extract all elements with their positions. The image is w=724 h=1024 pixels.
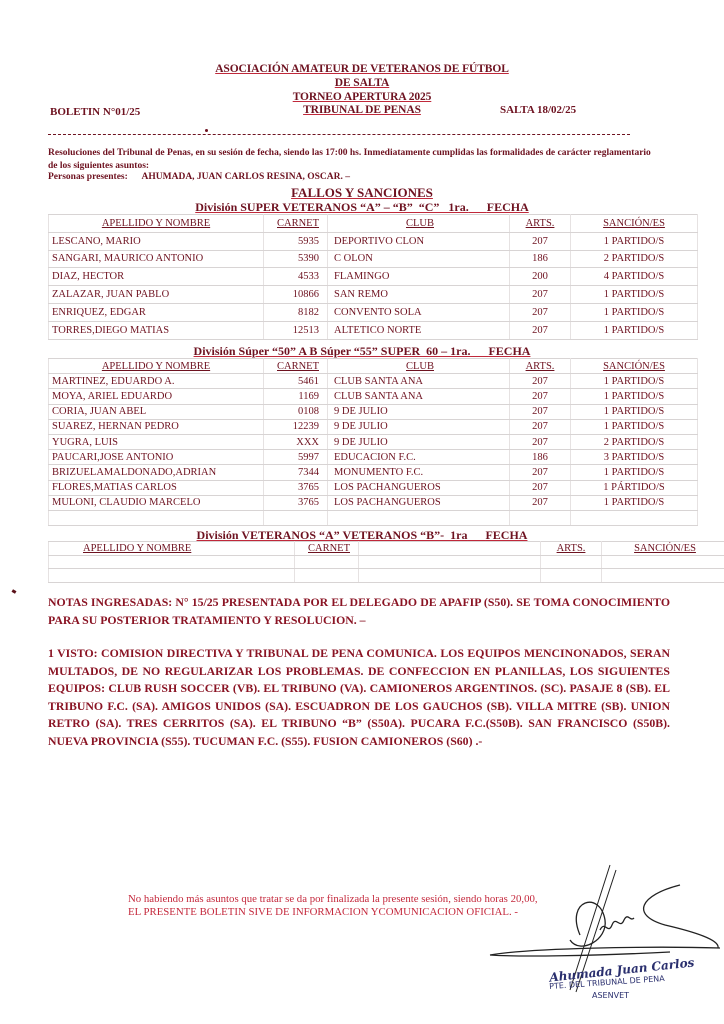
closing-line-2: EL PRESENTE BOLETIN SIVE DE INFORMACION … xyxy=(128,906,518,918)
division-2-title: División Súper “50” A B Súper “55” SUPER… xyxy=(0,344,724,359)
sanction-cell: 4 PARTIDO/S xyxy=(571,268,698,286)
sanctions-title: FALLOS Y SANCIONES xyxy=(0,185,724,201)
sanction-cell: 2 PARTIDO/S xyxy=(571,250,698,268)
name-cell: CORIA, JUAN ABEL xyxy=(49,404,264,419)
table-header-row: APELLIDO Y NOMBRECARNETCLUBARTS.SANCIÓN/… xyxy=(49,215,698,233)
table-row: ZALAZAR, JUAN PABLO10866SAN REMO2071 PAR… xyxy=(49,286,698,304)
column-header-arts: ARTS. xyxy=(541,542,602,556)
arts-cell xyxy=(541,555,602,569)
carnet-cell: 0108 xyxy=(264,404,328,419)
carnet-cell: 5461 xyxy=(264,374,328,389)
association-title: ASOCIACIÓN AMATEUR DE VETERANOS DE FÚTBO… xyxy=(0,63,724,75)
signature-org: ASENVET xyxy=(592,991,629,1000)
name-cell: ENRIQUEZ, EDGAR xyxy=(49,303,264,321)
club-cell: C OLON xyxy=(328,250,510,268)
association-subtitle: DE SALTA xyxy=(0,77,724,89)
arts-cell: 207 xyxy=(510,232,571,250)
resolution-text: Resoluciones del Tribunal de Penas, en s… xyxy=(48,147,658,172)
sanction-cell: 1 PARTIDO/S xyxy=(571,495,698,510)
club-cell: 9 DE JULIO xyxy=(328,404,510,419)
carnet-cell: 8182 xyxy=(264,303,328,321)
name-cell: SUAREZ, HERNAN PEDRO xyxy=(49,419,264,434)
arts-cell: 207 xyxy=(510,321,571,339)
name-cell: FLORES,MATIAS CARLOS xyxy=(49,480,264,495)
arts-cell: 186 xyxy=(510,250,571,268)
sanction-cell: 1 PARTIDO/S xyxy=(571,321,698,339)
club-cell: CONVENTO SOLA xyxy=(328,303,510,321)
carnet-cell: XXX xyxy=(264,434,328,449)
table-row: LESCANO, MARIO5935DEPORTIVO CLON2071 PAR… xyxy=(49,232,698,250)
arts-cell: 207 xyxy=(510,389,571,404)
sanction-cell xyxy=(571,510,698,525)
table-row: YUGRA, LUISXXX9 DE JULIO2072 PARTIDO/S xyxy=(49,434,698,449)
carnet-cell: 1169 xyxy=(264,389,328,404)
table-row: BRIZUELAMALDONADO,ADRIAN7344MONUMENTO F.… xyxy=(49,465,698,480)
arts-cell xyxy=(541,569,602,583)
club-cell: ALTETICO NORTE xyxy=(328,321,510,339)
table-row: CORIA, JUAN ABEL01089 DE JULIO2071 PARTI… xyxy=(49,404,698,419)
carnet-cell: 5390 xyxy=(264,250,328,268)
name-cell: LESCANO, MARIO xyxy=(49,232,264,250)
column-header-arts: ARTS. xyxy=(510,215,571,233)
persons-label: Personas presentes: xyxy=(48,172,128,182)
arts-cell: 207 xyxy=(510,419,571,434)
column-header-club: CLUB xyxy=(328,359,510,374)
club-cell: 9 DE JULIO xyxy=(328,419,510,434)
place-date: SALTA 18/02/25 xyxy=(500,104,576,116)
table-row: MOYA, ARIEL EDUARDO1169CLUB SANTA ANA207… xyxy=(49,389,698,404)
table-row: MARTINEZ, EDUARDO A.5461CLUB SANTA ANA20… xyxy=(49,374,698,389)
sanction-cell: 1 PARTIDO/S xyxy=(571,419,698,434)
arts-cell: 207 xyxy=(510,495,571,510)
table-row xyxy=(49,569,724,583)
sanction-cell: 1 PARTIDO/S xyxy=(571,465,698,480)
column-header-arts: ARTS. xyxy=(510,359,571,374)
name-cell: BRIZUELAMALDONADO,ADRIAN xyxy=(49,465,264,480)
column-header-name: APELLIDO Y NOMBRE xyxy=(49,215,264,233)
sanction-cell: 1 PARTIDO/S xyxy=(571,232,698,250)
carnet-cell: 7344 xyxy=(264,465,328,480)
carnet-cell: 10866 xyxy=(264,286,328,304)
club-cell: SAN REMO xyxy=(328,286,510,304)
sanction-cell: 1 PARTIDO/S xyxy=(571,286,698,304)
table-row: ENRIQUEZ, EDGAR8182CONVENTO SOLA2071 PAR… xyxy=(49,303,698,321)
visto-notice: 1 VISTO: COMISION DIRECTIVA Y TRIBUNAL D… xyxy=(48,645,670,750)
carnet-cell xyxy=(264,510,328,525)
sanction-cell: 2 PARTIDO/S xyxy=(571,434,698,449)
table-row: MULONI, CLAUDIO MARCELO3765LOS PACHANGUE… xyxy=(49,495,698,510)
club-cell: FLAMINGO xyxy=(328,268,510,286)
arts-cell: 207 xyxy=(510,303,571,321)
sanction-cell: 1 PÁRTIDO/S xyxy=(571,480,698,495)
club-cell xyxy=(328,510,510,525)
club-cell: EDUCACION F.C. xyxy=(328,450,510,465)
scan-speck xyxy=(12,589,17,594)
arts-cell xyxy=(510,510,571,525)
club-cell: CLUB SANTA ANA xyxy=(328,389,510,404)
arts-cell: 207 xyxy=(510,404,571,419)
club-cell: MONUMENTO F.C. xyxy=(328,465,510,480)
name-cell xyxy=(49,569,295,583)
name-cell xyxy=(49,555,295,569)
sanction-cell: 1 PARTIDO/S xyxy=(571,404,698,419)
carnet-cell: 3765 xyxy=(264,495,328,510)
sanction-cell: 3 PARTIDO/S xyxy=(571,450,698,465)
column-header-name: APELLIDO Y NOMBRE xyxy=(49,359,264,374)
table-row: PAUCARI,JOSE ANTONIO5997EDUCACION F.C.18… xyxy=(49,450,698,465)
column-header-carnet: CARNET xyxy=(295,542,359,556)
sanction-cell xyxy=(602,569,724,583)
division-3-table: APELLIDO Y NOMBRECARNETARTS.SANCIÓN/ES xyxy=(48,541,724,583)
divider-line xyxy=(48,134,630,135)
carnet-cell: 12513 xyxy=(264,321,328,339)
carnet-cell: 5935 xyxy=(264,232,328,250)
name-cell: SANGARI, MAURICO ANTONIO xyxy=(49,250,264,268)
division-2-table: APELLIDO Y NOMBRECARNETCLUBARTS.SANCIÓN/… xyxy=(48,358,698,526)
club-cell: CLUB SANTA ANA xyxy=(328,374,510,389)
carnet-cell xyxy=(295,555,359,569)
column-header-club: CLUB xyxy=(328,215,510,233)
sanction-cell: 1 PARTIDO/S xyxy=(571,389,698,404)
carnet-cell xyxy=(295,569,359,583)
club-cell: 9 DE JULIO xyxy=(328,434,510,449)
name-cell xyxy=(49,510,264,525)
name-cell: ZALAZAR, JUAN PABLO xyxy=(49,286,264,304)
sanction-cell: 1 PARTIDO/S xyxy=(571,303,698,321)
club-cell xyxy=(359,569,541,583)
tournament-title: TORNEO APERTURA 2025 xyxy=(0,91,724,103)
club-cell xyxy=(359,555,541,569)
table-row xyxy=(49,510,698,525)
table-row: SUAREZ, HERNAN PEDRO122399 DE JULIO2071 … xyxy=(49,419,698,434)
column-header-name: APELLIDO Y NOMBRE xyxy=(49,542,295,556)
carnet-cell: 4533 xyxy=(264,268,328,286)
sanction-cell xyxy=(602,555,724,569)
sanction-cell: 1 PARTIDO/S xyxy=(571,374,698,389)
name-cell: YUGRA, LUIS xyxy=(49,434,264,449)
arts-cell: 200 xyxy=(510,268,571,286)
column-header-sanction: SANCIÓN/ES xyxy=(571,215,698,233)
division-1-title: División SUPER VETERANOS “A” – “B” “C” 1… xyxy=(0,200,724,215)
name-cell: MARTINEZ, EDUARDO A. xyxy=(49,374,264,389)
bulletin-number: BOLETIN N°01/25 xyxy=(50,106,140,118)
club-cell: LOS PACHANGUEROS xyxy=(328,480,510,495)
column-header-club xyxy=(359,542,541,556)
name-cell: PAUCARI,JOSE ANTONIO xyxy=(49,450,264,465)
table-header-row: APELLIDO Y NOMBRECARNETCLUBARTS.SANCIÓN/… xyxy=(49,359,698,374)
name-cell: MULONI, CLAUDIO MARCELO xyxy=(49,495,264,510)
column-header-sanction: SANCIÓN/ES xyxy=(571,359,698,374)
carnet-cell: 5997 xyxy=(264,450,328,465)
carnet-cell: 12239 xyxy=(264,419,328,434)
name-cell: TORRES,DIEGO MATIAS xyxy=(49,321,264,339)
table-header-row: APELLIDO Y NOMBRECARNETARTS.SANCIÓN/ES xyxy=(49,542,724,556)
division-1-table: APELLIDO Y NOMBRECARNETCLUBARTS.SANCIÓN/… xyxy=(48,214,698,340)
arts-cell: 207 xyxy=(510,434,571,449)
arts-cell: 207 xyxy=(510,480,571,495)
club-cell: LOS PACHANGUEROS xyxy=(328,495,510,510)
name-cell: MOYA, ARIEL EDUARDO xyxy=(49,389,264,404)
arts-cell: 207 xyxy=(510,286,571,304)
table-row xyxy=(49,555,724,569)
column-header-carnet: CARNET xyxy=(264,215,328,233)
table-row: SANGARI, MAURICO ANTONIO5390C OLON1862 P… xyxy=(49,250,698,268)
persons-value: AHUMADA, JUAN CARLOS RESINA, OSCAR. – xyxy=(142,172,351,182)
table-row: FLORES,MATIAS CARLOS3765LOS PACHANGUEROS… xyxy=(49,480,698,495)
name-cell: DIAZ, HECTOR xyxy=(49,268,264,286)
table-row: DIAZ, HECTOR4533FLAMINGO2004 PARTIDO/S xyxy=(49,268,698,286)
table-row: TORRES,DIEGO MATIAS12513ALTETICO NORTE20… xyxy=(49,321,698,339)
club-cell: DEPORTIVO CLON xyxy=(328,232,510,250)
arts-cell: 207 xyxy=(510,465,571,480)
notes-received: NOTAS INGRESADAS: N° 15/25 PRESENTADA PO… xyxy=(48,594,670,629)
scan-speck xyxy=(205,129,208,132)
column-header-sanction: SANCIÓN/ES xyxy=(602,542,724,556)
persons-present: Personas presentes: AHUMADA, JUAN CARLOS… xyxy=(48,172,350,182)
column-header-carnet: CARNET xyxy=(264,359,328,374)
arts-cell: 207 xyxy=(510,374,571,389)
arts-cell: 186 xyxy=(510,450,571,465)
carnet-cell: 3765 xyxy=(264,480,328,495)
